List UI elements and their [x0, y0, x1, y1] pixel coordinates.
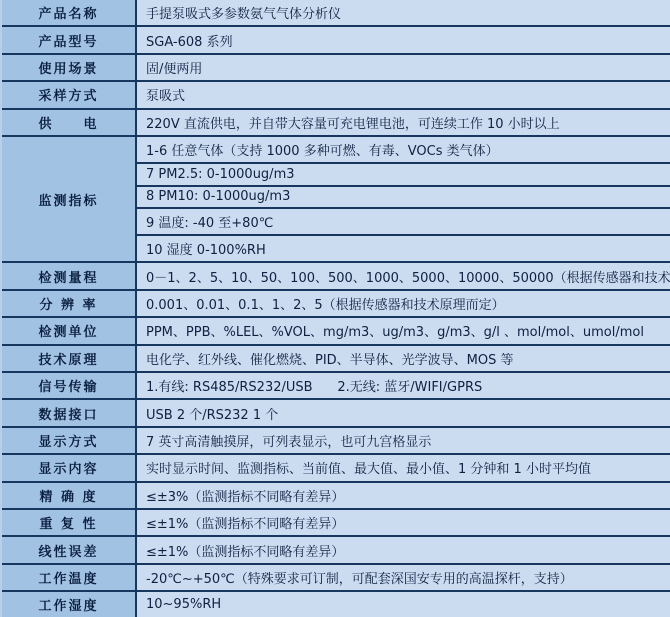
spec-label: 检测单位 — [2, 318, 137, 345]
spec-value: PPM、PPB、%LEL、%VOL、mg/m3、ug/m3、g/m3、g/l 、… — [137, 318, 670, 345]
spec-label: 信号传输 — [2, 373, 137, 400]
spec-value: 10~95%RH — [137, 592, 670, 617]
spec-value: 实时显示时间、监测指标、当前值、最大值、最小值、1 分钟和 1 小时平均值 — [137, 455, 670, 482]
spec-value: 220V 直流供电，并自带大容量可充电锂电池，可连续工作 10 小时以上 — [137, 110, 670, 137]
row-detection-range: 检测量程 0－1、2、5、10、50、100、500、1000、5000、100… — [2, 263, 670, 290]
row-monitor-indicators: 监测指标 1-6 任意气体（支持 1000 多种可燃、有毒、VOCs 类气体） — [2, 137, 670, 164]
monitor-item: 10 湿度 0-100%RH — [137, 236, 670, 263]
spec-value: 手提泵吸式多参数氨气气体分析仪 — [137, 0, 670, 27]
spec-value: USB 2 个/RS232 1 个 — [137, 400, 670, 427]
monitor-item: 8 PM10: 0-1000ug/m3 — [137, 187, 670, 209]
row-working-humidity: 工作湿度 10~95%RH — [2, 592, 670, 617]
spec-label: 精 确 度 — [2, 483, 137, 510]
spec-label: 数据接口 — [2, 400, 137, 427]
row-sampling-method: 采样方式 泵吸式 — [2, 82, 670, 109]
spec-label: 检测量程 — [2, 263, 137, 290]
row-resolution: 分 辨 率 0.001、0.01、0.1、1、2、5（根据传感器和技术原理而定） — [2, 291, 670, 318]
spec-value: 固/便两用 — [137, 55, 670, 82]
spec-label: 重 复 性 — [2, 510, 137, 537]
spec-label: 线性误差 — [2, 537, 137, 564]
spec-label: 产品型号 — [2, 27, 137, 54]
spec-value: ≤±3%（监测指标不同略有差异） — [137, 483, 670, 510]
row-power-supply: 供 电 220V 直流供电，并自带大容量可充电锂电池，可连续工作 10 小时以上 — [2, 110, 670, 137]
spec-label: 技术原理 — [2, 346, 137, 373]
monitor-item: 7 PM2.5: 0-1000ug/m3 — [137, 164, 670, 186]
spec-value: ≤±1%（监测指标不同略有差异） — [137, 537, 670, 564]
row-data-interface: 数据接口 USB 2 个/RS232 1 个 — [2, 400, 670, 427]
spec-value: 7 英寸高清触摸屏，可列表显示，也可九宫格显示 — [137, 428, 670, 455]
spec-value: 电化学、红外线、催化燃烧、PID、半导体、光学波导、MOS 等 — [137, 346, 670, 373]
spec-value: ≤±1%（监测指标不同略有差异） — [137, 510, 670, 537]
product-spec-table: 产品名称 手提泵吸式多参数氨气气体分析仪 产品型号 SGA-608 系列 使用场… — [2, 0, 670, 617]
spec-label-monitor-indicators: 监测指标 — [2, 137, 137, 264]
row-repeatability: 重 复 性 ≤±1%（监测指标不同略有差异） — [2, 510, 670, 537]
spec-label: 产品名称 — [2, 0, 137, 27]
spec-label: 分 辨 率 — [2, 291, 137, 318]
row-tech-principle: 技术原理 电化学、红外线、催化燃烧、PID、半导体、光学波导、MOS 等 — [2, 346, 670, 373]
row-display-mode: 显示方式 7 英寸高清触摸屏，可列表显示，也可九宫格显示 — [2, 428, 670, 455]
row-display-content: 显示内容 实时显示时间、监测指标、当前值、最大值、最小值、1 分钟和 1 小时平… — [2, 455, 670, 482]
spec-value: 泵吸式 — [137, 82, 670, 109]
row-signal-transmission: 信号传输 1.有线: RS485/RS232/USB 2.无线: 蓝牙/WIFI… — [2, 373, 670, 400]
spec-label: 工作湿度 — [2, 592, 137, 617]
spec-value: -20℃~+50℃（特殊要求可订制，可配套深国安专用的高温探杆，支持） — [137, 565, 670, 592]
row-working-temperature: 工作温度 -20℃~+50℃（特殊要求可订制，可配套深国安专用的高温探杆，支持） — [2, 565, 670, 592]
row-product-model: 产品型号 SGA-608 系列 — [2, 27, 670, 54]
monitor-item: 1-6 任意气体（支持 1000 多种可燃、有毒、VOCs 类气体） — [137, 137, 670, 164]
row-product-name: 产品名称 手提泵吸式多参数氨气气体分析仪 — [2, 0, 670, 27]
spec-label: 显示方式 — [2, 428, 137, 455]
row-accuracy: 精 确 度 ≤±3%（监测指标不同略有差异） — [2, 483, 670, 510]
row-detection-unit: 检测单位 PPM、PPB、%LEL、%VOL、mg/m3、ug/m3、g/m3、… — [2, 318, 670, 345]
spec-value: 0－1、2、5、10、50、100、500、1000、5000、10000、50… — [137, 263, 670, 290]
spec-value: 0.001、0.01、0.1、1、2、5（根据传感器和技术原理而定） — [137, 291, 670, 318]
row-linearity-error: 线性误差 ≤±1%（监测指标不同略有差异） — [2, 537, 670, 564]
spec-label: 使用场景 — [2, 55, 137, 82]
row-usage-scene: 使用场景 固/便两用 — [2, 55, 670, 82]
spec-label: 采样方式 — [2, 82, 137, 109]
spec-label: 供 电 — [2, 110, 137, 137]
spec-value: 1.有线: RS485/RS232/USB 2.无线: 蓝牙/WIFI/GPRS — [137, 373, 670, 400]
spec-label: 显示内容 — [2, 455, 137, 482]
spec-label: 工作温度 — [2, 565, 137, 592]
monitor-item: 9 温度: -40 至+80℃ — [137, 209, 670, 236]
spec-value: SGA-608 系列 — [137, 27, 670, 54]
